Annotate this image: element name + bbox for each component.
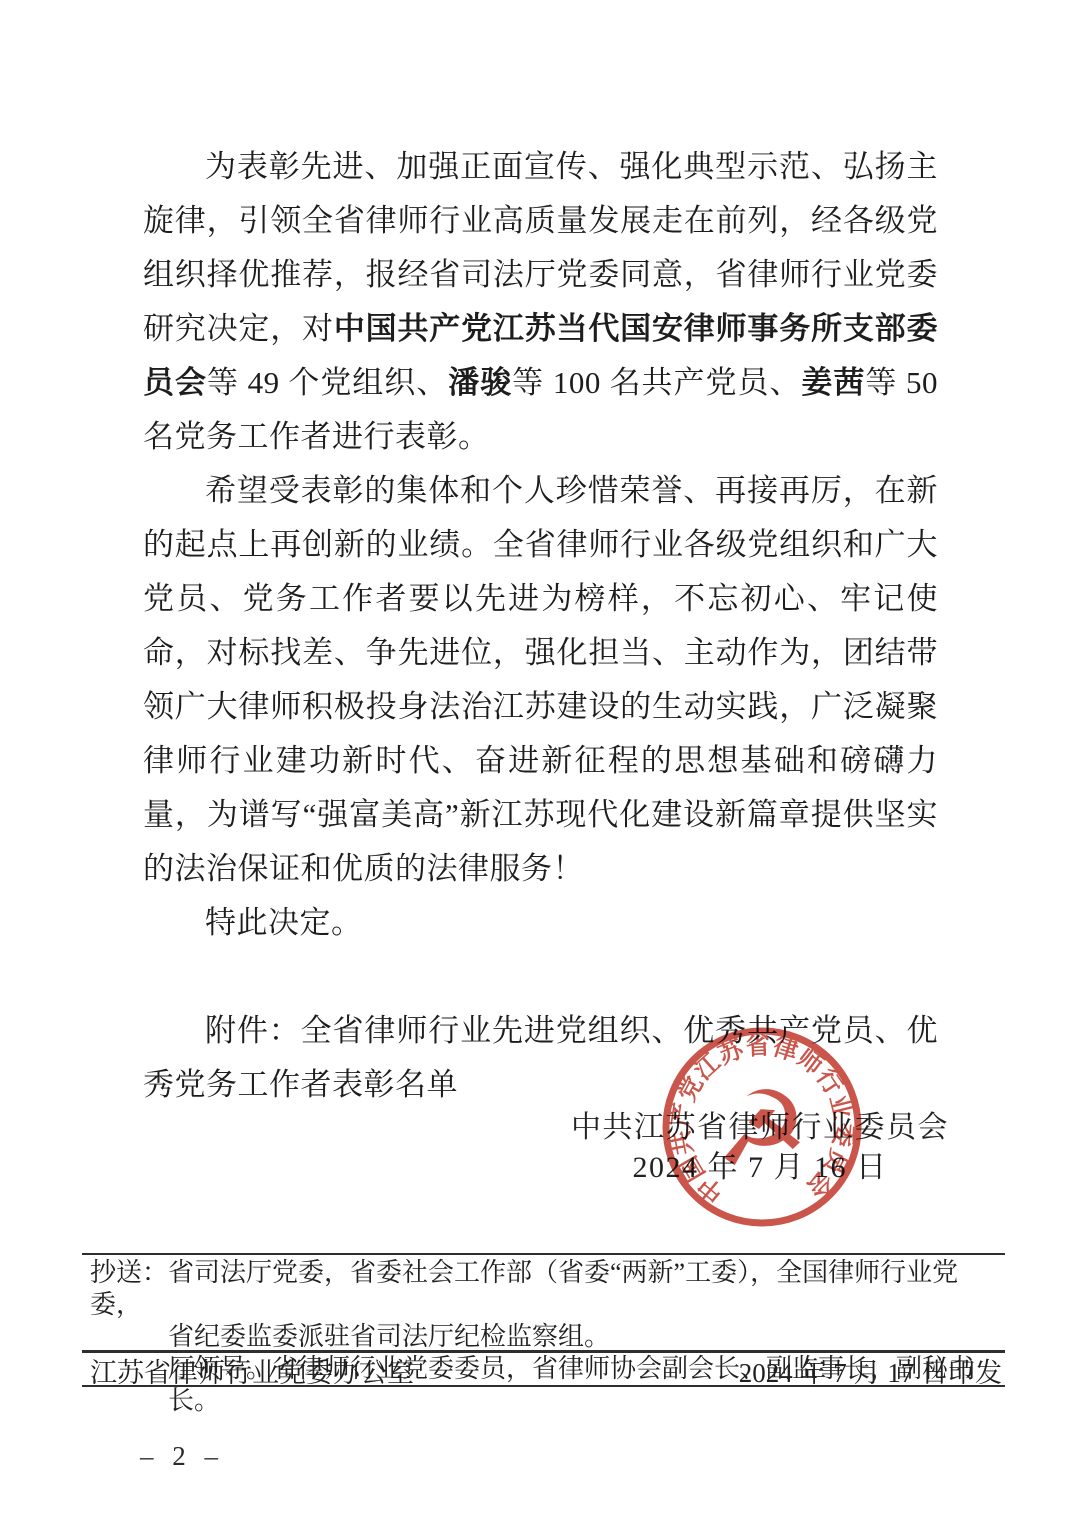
bold-person-name-2: 姜茜 — [801, 365, 865, 400]
cc-line-1: 抄送：省司法厅党委，省委社会工作部（省委“两新”工委），全国律师行业党委， — [90, 1257, 1005, 1321]
cc-section: 抄送：省司法厅党委，省委社会工作部（省委“两新”工委），全国律师行业党委， 省纪… — [90, 1257, 1005, 1417]
office-name: 江苏省律师行业党委办公室 — [90, 1351, 414, 1390]
bold-person-name-1: 潘骏 — [448, 365, 512, 400]
body-paragraph-3: 特此决定。 — [143, 896, 938, 950]
body-paragraph-2: 希望受表彰的集体和个人珍惜荣誉、再接再厉，在新的起点上再创新的业绩。全省律师行业… — [143, 464, 938, 896]
cc-recipients-1: 省司法厅党委，省委社会工作部（省委“两新”工委），全国律师行业党委， — [90, 1258, 958, 1319]
page-number: – 2 – — [140, 1441, 224, 1472]
footer-rule-top — [82, 1253, 1005, 1255]
para1-text-3: 等 100 名共产党员、 — [512, 365, 801, 400]
print-date: 2024 年 7 月 17 日印发 — [739, 1351, 1002, 1390]
body-paragraph-1: 为表彰先进、加强正面宣传、强化典型示范、弘扬主旋律，引领全省律师行业高质量发展走… — [143, 140, 938, 464]
para1-text-2: 等 49 个党组织、 — [207, 365, 448, 400]
issuing-office-row: 江苏省律师行业党委办公室 2024 年 7 月 17 日印发 — [90, 1355, 1002, 1385]
hammer-sickle-icon: ☭ — [715, 1068, 808, 1190]
cc-line-2: 省纪委监委派驻省司法厅纪检监察组。 — [90, 1321, 1005, 1353]
official-seal: 中国共产党江苏省律师行业委员会 ☭ — [658, 1023, 866, 1231]
document-page: 为表彰先进、加强正面宣传、强化典型示范、弘扬主旋律，引领全省律师行业高质量发展走… — [0, 0, 1080, 1526]
cc-label: 抄送： — [90, 1258, 168, 1287]
document-body: 为表彰先进、加强正面宣传、强化典型示范、弘扬主旋律，引领全省律师行业高质量发展走… — [143, 140, 938, 1112]
